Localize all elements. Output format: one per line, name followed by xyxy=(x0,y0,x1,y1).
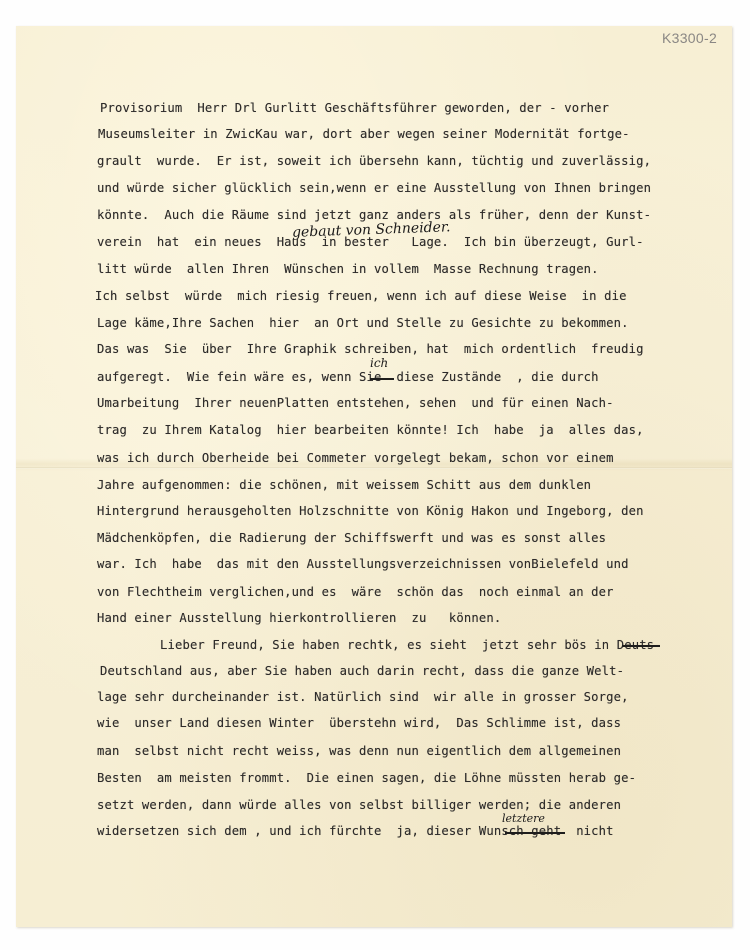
text-line: grault wurde. Er ist, soweit ich überseh… xyxy=(97,154,651,168)
typed-text-body: Provisorium Herr Drl Gurlitt Geschäftsfü… xyxy=(0,0,750,950)
text-line: Das was Sie über Ihre Graphik schreiben,… xyxy=(97,342,644,356)
text-line: was ich durch Oberheide bei Commeter vor… xyxy=(97,451,614,465)
text-line: Deutschland aus, aber Sie haben auch dar… xyxy=(100,664,624,678)
text-line: litt würde allen Ihren Wünschen in volle… xyxy=(97,262,599,276)
text-line: wie unser Land diesen Winter überstehn w… xyxy=(97,716,621,730)
text-line: widersetzen sich dem , und ich fürchte j… xyxy=(97,824,614,838)
strikethrough-mark xyxy=(622,645,660,647)
text-line: trag zu Ihrem Katalog hier bearbeiten kö… xyxy=(97,423,644,437)
text-line: von Flechtheim verglichen,und es wäre sc… xyxy=(97,585,614,599)
text-line: Besten am meisten frommt. Die einen sage… xyxy=(97,771,636,785)
text-line: Museumsleiter in ZwicKau war, dort aber … xyxy=(98,127,630,141)
text-line: und würde sicher glücklich sein,wenn er … xyxy=(97,181,651,195)
text-line: man selbst nicht recht weiss, was denn n… xyxy=(97,744,621,758)
text-line: Hintergrund herausgeholten Holzschnitte … xyxy=(97,504,644,518)
text-line: war. Ich habe das mit den Ausstellungsve… xyxy=(97,557,629,571)
text-line: Jahre aufgenommen: die schönen, mit weis… xyxy=(97,478,591,492)
handwritten-annotation: ich xyxy=(370,356,388,370)
text-line: aufgeregt. Wie fein wäre es, wenn Sie di… xyxy=(97,370,599,384)
text-line: Mädchenköpfen, die Radierung der Schiffs… xyxy=(97,531,606,545)
text-line: Hand einer Ausstellung hierkontrollieren… xyxy=(97,611,501,625)
text-line: könnte. Auch die Räume sind jetzt ganz a… xyxy=(97,208,651,222)
text-line: Lieber Freund, Sie haben rechtk, es sieh… xyxy=(160,638,662,652)
text-line: setzt werden, dann würde alles von selbs… xyxy=(97,798,621,812)
strikethrough-mark xyxy=(370,378,394,380)
text-line: lage sehr durcheinander ist. Natürlich s… xyxy=(97,690,629,704)
text-line: Provisorium Herr Drl Gurlitt Geschäftsfü… xyxy=(100,101,609,115)
text-line: Umarbeitung Ihrer neuenPlatten entstehen… xyxy=(97,396,614,410)
text-line: Lage käme,Ihre Sachen hier an Ort und St… xyxy=(97,316,629,330)
text-line: Ich selbst würde mich riesig freuen, wen… xyxy=(95,289,627,303)
handwritten-annotation: letztere xyxy=(502,812,545,825)
strikethrough-mark xyxy=(505,832,565,834)
